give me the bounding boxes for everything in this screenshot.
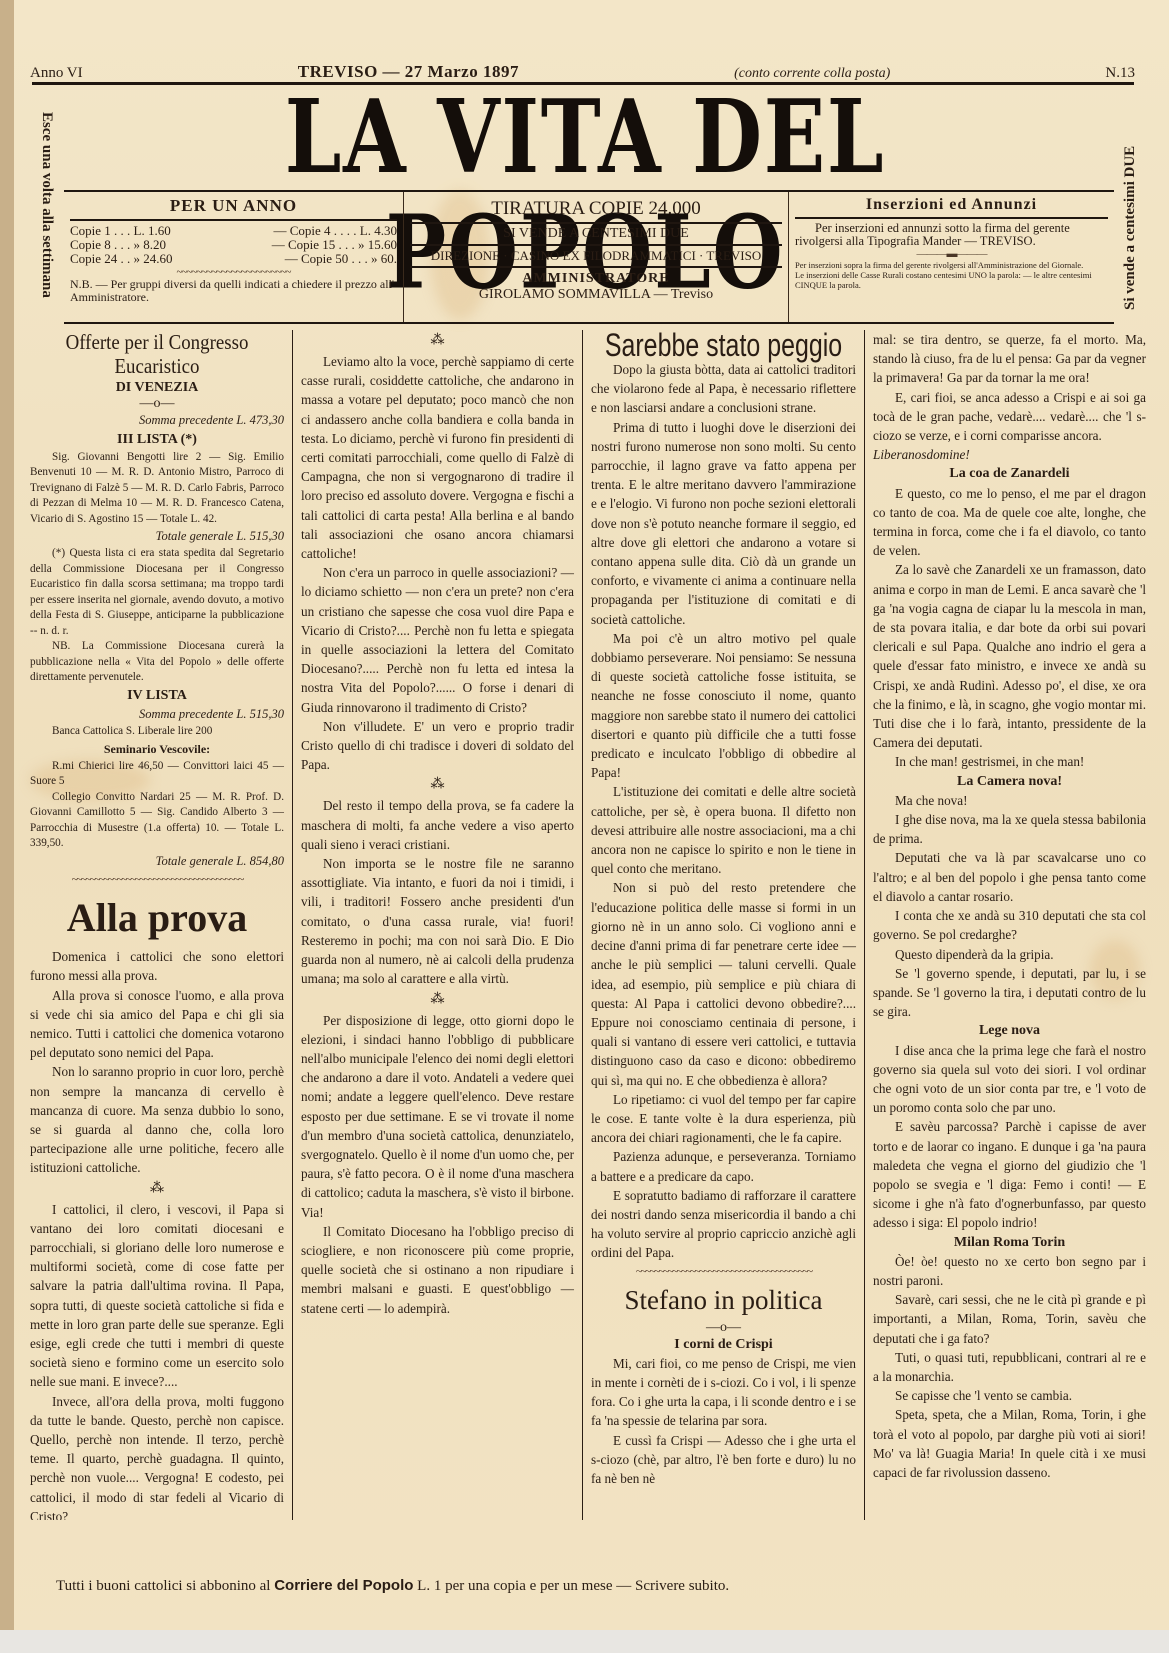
paragraph: Non importa se le nostre file ne saranno… (301, 854, 574, 988)
asterism: ⁂ (30, 1178, 284, 1200)
paragraph: I ghe dise nova, ma la xe quela stessa b… (873, 810, 1146, 848)
price-left: Copie 1 . . . L. 1.60 (70, 224, 171, 238)
left-vertical-note: Esce una volta alla settimana (38, 112, 55, 322)
previous-sum-1: Somma precedente L. 473,30 (30, 411, 284, 430)
paragraph: Savarè, cari sessi, che ne le cità pì gr… (873, 1290, 1146, 1348)
asterism: ⁂ (301, 989, 574, 1011)
grand-total-2: Totale generale L. 854,80 (30, 852, 284, 871)
page-bottom-edge (0, 1630, 1169, 1653)
paragraph: Non v'illudete. E' un vero e proprio tra… (301, 717, 574, 775)
paragraph: Il Comitato Diocesano ha l'obbligo preci… (301, 1222, 574, 1318)
paragraph: Invece, all'ora della prova, molti fuggo… (30, 1392, 284, 1520)
price-table: Copie 1 . . . L. 1.60— Copie 4 . . . . L… (70, 224, 397, 266)
paragraph: mal: se tira dentro, se querze, fa el mo… (873, 330, 1146, 388)
paragraph: I conta che xe andà su 310 deputati che … (873, 906, 1146, 944)
article-title-alla-prova: Alla prova (30, 893, 284, 943)
paragraph: Se capisse che 'l vento se cambia. (873, 1386, 1146, 1405)
paragraph: Deputati che va là par scavalcarse uno c… (873, 848, 1146, 906)
offerings-subtitle: DI VENEZIA (30, 378, 284, 397)
center-box: TIRATURA COPIE 24.000 SI VENDE A CENTESI… (404, 192, 789, 322)
ads-body: Per inserzioni ed annunzi sotto la firma… (795, 222, 1108, 248)
offerings-title: Offerte per il Congresso Eucaristico (43, 330, 272, 378)
paragraph: Mi, cari fioi, co me penso de Crispi, me… (591, 1354, 856, 1431)
article-columns: Offerte per il Congresso Eucaristico DI … (22, 330, 1154, 1520)
price-right: — Copie 4 . . . . L. 4.30 (274, 224, 398, 238)
subscription-heading: PER UN ANNO (70, 196, 397, 221)
paragraph: Za lo savè che Zanardeli xe un framasson… (873, 560, 1146, 752)
subhead-camera-nova: La Camera nova! (873, 772, 1146, 791)
paragraph: Domenica i cattolici che sono elettori f… (30, 947, 284, 985)
subhead-milan-roma-torin: Milan Roma Torin (873, 1233, 1146, 1252)
direction-line: DIREZIONE · CASINO EX FILODRAMMATICI · T… (410, 246, 782, 268)
subscription-note: N.B. — Per gruppi diversi da quelli indi… (70, 278, 397, 304)
paragraph: Speta, speta, che a Milan, Roma, Torin, … (873, 1405, 1146, 1482)
footnote: (*) Questa lista ci era stata spedita da… (30, 546, 284, 639)
paragraph: E savèu parcossa? Parchè i capisse de av… (873, 1117, 1146, 1232)
column-4: mal: se tira dentro, se querze, fa el mo… (864, 330, 1154, 1520)
price-right: — Copie 50 . . . » 60. (285, 252, 397, 266)
paragraph: Tuti, o quasi tuti, repubblicani, contra… (873, 1348, 1146, 1386)
ads-fine-1: Per inserzioni sopra la firma del gerent… (795, 260, 1108, 270)
paragraph: Se 'l governo spende, i deputati, par lu… (873, 964, 1146, 1022)
paragraph: Liberanosdomine! (873, 445, 1146, 464)
paragraph: Ma poi c'è un altro motivo pel quale dob… (591, 629, 856, 783)
price-left: Copie 24 . . » 24.60 (70, 252, 173, 266)
paragraph: Òe! òe! questo no xe certo bon segno par… (873, 1252, 1146, 1290)
column-2: ⁂ Leviamo alto la voce, perchè sappiamo … (292, 330, 582, 1520)
asterism: ⁂ (301, 774, 574, 796)
previous-sum-2: Somma precedente L. 515,30 (30, 705, 284, 724)
price-row: Copie 8 . . . » 8.20— Copie 15 . . . » 1… (70, 238, 397, 252)
price-row: Copie 24 . . » 24.60— Copie 50 . . . » 6… (70, 252, 397, 266)
price-row: Copie 1 . . . L. 1.60— Copie 4 . . . . L… (70, 224, 397, 238)
seminary-body: R.mi Chierici lire 46,50 — Convittori la… (30, 759, 284, 790)
ornament-divider: ———▬——— (795, 248, 1108, 260)
year-label: Anno VI (30, 65, 83, 82)
paragraph: L'istituzione dei comitati e delle altre… (591, 782, 856, 878)
admin-title: AMMINISTRATORE (410, 268, 782, 287)
paragraph: E, cari fioi, se anca adesso a Crispi e … (873, 388, 1146, 446)
column-3: Sarebbe stato peggio Dopo la giusta bòtt… (582, 330, 864, 1520)
ads-fine-2: Le inserzioni delle Casse Rurali costano… (795, 270, 1108, 290)
column-1: Offerte per il Congresso Eucaristico DI … (22, 330, 292, 1520)
article-title-sarebbe-stato-peggio: Sarebbe stato peggio (605, 330, 843, 364)
seminary-heading: Seminario Vescovile: (30, 740, 284, 759)
list-3-heading: III LISTA (*) (30, 430, 284, 449)
paragraph: E cussì fa Crispi — Adesso che i ghe urt… (591, 1431, 856, 1489)
ads-box: Inserzioni ed Annunzi Per inserzioni ed … (789, 192, 1114, 322)
list-4-heading: IV LISTA (30, 686, 284, 705)
ads-heading: Inserzioni ed Annunzi (795, 196, 1108, 219)
price-line: SI VENDE A CENTESIMI DUE (410, 224, 782, 246)
price-left: Copie 8 . . . » 8.20 (70, 238, 166, 252)
price-right: — Copie 15 . . . » 15.60 (272, 238, 397, 252)
paragraph: Lo ripetiamo: ci vuol del tempo per far … (591, 1090, 856, 1148)
right-vertical-note: Si vende a centesimi DUE (1122, 100, 1139, 310)
footer-paper-name: Corriere del Popolo (274, 1577, 413, 1594)
paragraph: E sopratutto badiamo di rafforzare il ca… (591, 1186, 856, 1263)
separator: —o— (30, 397, 284, 411)
wavy-divider: ~~~~~~~~~~~~~~~~~~~~~~~~~~~~~~~~~~~~~~~ (591, 1263, 856, 1279)
paragraph: Non c'era un parroco in quelle associazi… (301, 563, 574, 717)
paragraph: Questo dipenderà da la gripia. (873, 945, 1146, 964)
paragraph: E questo, co me lo penso, el me par el d… (873, 484, 1146, 561)
paragraph: Ma che nova! (873, 791, 1146, 810)
admin-name: GIROLAMO SOMMAVILLA — Treviso (410, 287, 782, 303)
subscription-box: PER UN ANNO Copie 1 . . . L. 1.60— Copie… (64, 192, 404, 322)
subhead-coa-de-zanardeli: La coa de Zanardeli (873, 464, 1146, 483)
paragraph: Dopo la giusta bòtta, data ai cattolici … (591, 360, 856, 418)
issue-number: N.13 (1105, 65, 1135, 82)
college-body: Collegio Convitto Nardari 25 — M. R. Pro… (30, 790, 284, 852)
list-3-body: Sig. Giovanni Bengotti lire 2 — Sig. Emi… (30, 450, 284, 528)
subhead-corni-de-crispi: I corni de Crispi (591, 1335, 856, 1354)
wavy-divider: ~~~~~~~~~~~~~~~~~~~~~~~~~~~~~~~~~~~~~~ (30, 871, 284, 887)
separator: —o— (591, 1321, 856, 1335)
paragraph: I dise anca che la prima lege che farà e… (873, 1041, 1146, 1118)
paragraph: Pazienza adunque, e perseveranza. Tornia… (591, 1147, 856, 1185)
footer-notice: Tutti i buoni cattolici si abbonino al C… (56, 1577, 729, 1595)
grand-total-1: Totale generale L. 515,30 (30, 527, 284, 546)
circulation: TIRATURA COPIE 24.000 (410, 196, 782, 224)
paragraph: In che man! gestrismei, in che man! (873, 752, 1146, 771)
paragraph: Prima di tutto i luoghi dove le diserzio… (591, 418, 856, 629)
paragraph: Non lo saranno proprio in cuor loro, per… (30, 1062, 284, 1177)
subhead-lege-nova: Lege nova (873, 1021, 1146, 1040)
footer-pre: Tutti i buoni cattolici si abbonino al (56, 1578, 270, 1594)
paragraph: I cattolici, il clero, i vescovi, il Pap… (30, 1200, 284, 1392)
nb-note: NB. La Commissione Diocesana curerà la p… (30, 639, 284, 686)
footer-post: L. 1 per una copia e per un mese — Scriv… (417, 1578, 729, 1594)
article-title-stefano-in-politica: Stefano in politica (591, 1283, 856, 1317)
asterism: ⁂ (301, 330, 574, 352)
paragraph: Per disposizione di legge, otto giorni d… (301, 1011, 574, 1222)
paragraph: Alla prova si conosce l'uomo, e alla pro… (30, 986, 284, 1063)
paragraph: Del resto il tempo della prova, se fa ca… (301, 796, 574, 854)
paragraph: Leviamo alto la voce, perchè sappiamo di… (301, 352, 574, 563)
paragraph: Non si può del resto pretendere che l'ed… (591, 878, 856, 1089)
info-boxes: PER UN ANNO Copie 1 . . . L. 1.60— Copie… (64, 190, 1114, 324)
bank-offering: Banca Cattolica S. Liberale lire 200 (30, 724, 284, 740)
